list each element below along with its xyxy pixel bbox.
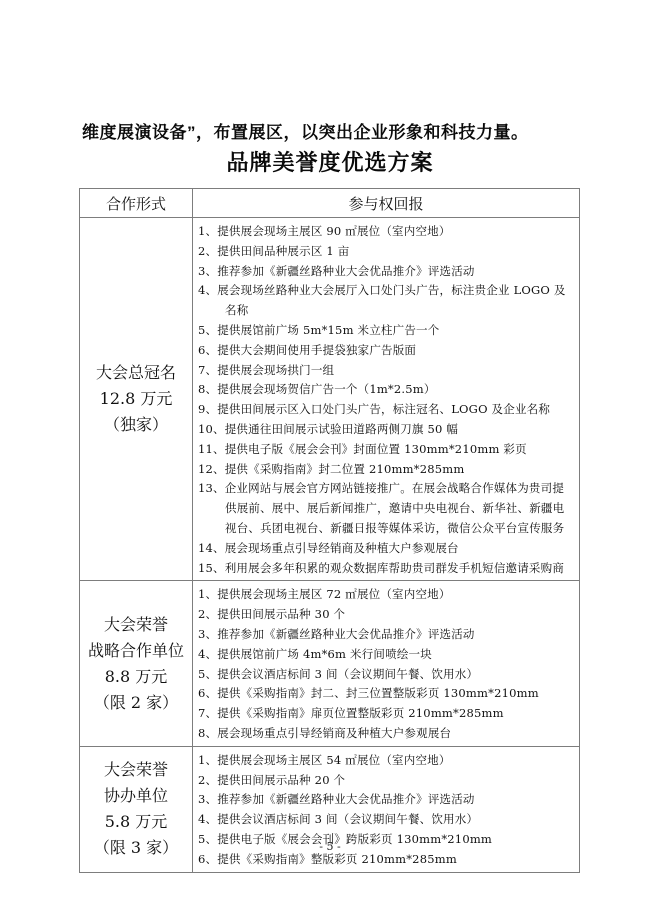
document-page: 维度展演设备”，布置展区，以突出企业形象和科技力量。 品牌美誉度优选方案 合作形… <box>0 0 650 919</box>
form-line: 5.8 万元 <box>82 809 190 835</box>
benefit-item: 1、提供展会现场主展区 90 ㎡展位（室内空地） <box>198 222 574 242</box>
benefit-item: 7、提供展会现场拱门一组 <box>198 361 574 381</box>
benefit-item: 1、提供展会现场主展区 72 ㎡展位（室内空地） <box>198 585 574 605</box>
sponsorship-plan-table: 合作形式 参与权回报 大会总冠名 12.8 万元 （独家） 1、提供展会现场主展… <box>79 188 580 873</box>
form-line: 8.8 万元 <box>82 664 190 690</box>
form-line: 大会总冠名 <box>82 360 190 386</box>
form-line: 大会荣誉 <box>82 612 190 638</box>
column-header-benefits: 参与权回报 <box>193 189 580 218</box>
form-line: 协办单位 <box>82 783 190 809</box>
benefit-item: 13、企业网站与展会官方网站链接推广。在展会战略合作媒体为贵司提供展前、展中、展… <box>198 479 574 538</box>
benefits-cell: 1、提供展会现场主展区 90 ㎡展位（室内空地） 2、提供田间品种展示区 1 亩… <box>193 218 580 581</box>
form-line: 12.8 万元 <box>82 386 190 412</box>
page-number: - 5 - <box>0 840 650 853</box>
benefit-item: 15、利用展会多年积累的观众数据库帮助贵司群发手机短信邀请采购商 <box>198 559 574 579</box>
benefit-item: 6、提供大会期间使用手提袋独家广告版面 <box>198 341 574 361</box>
cooperation-form-cell: 大会总冠名 12.8 万元 （独家） <box>80 218 193 581</box>
benefit-item: 9、提供田间展示区入口处门头广告，标注冠名、LOGO 及企业名称 <box>198 400 574 420</box>
benefit-item: 5、提供会议酒店标间 3 间（会议期间午餐、饮用水） <box>198 665 574 685</box>
benefit-item: 3、推荐参加《新疆丝路种业大会优品推介》评选活动 <box>198 790 574 810</box>
benefit-item: 7、提供《采购指南》扉页位置整版彩页 210mm*285mm <box>198 704 574 724</box>
benefit-item: 11、提供电子版《展会会刊》封面位置 130mm*210mm 彩页 <box>198 440 574 460</box>
benefit-item: 14、展会现场重点引导经销商及种植大户参观展台 <box>198 539 574 559</box>
cooperation-form-cell: 大会荣誉 战略合作单位 8.8 万元 （限 2 家） <box>80 581 193 746</box>
benefit-item: 4、提供展馆前广场 4m*6m 米行间喷绘一块 <box>198 645 574 665</box>
benefit-item: 2、提供田间品种展示区 1 亩 <box>198 242 574 262</box>
benefit-item: 2、提供田间展示品种 30 个 <box>198 605 574 625</box>
benefits-cell: 1、提供展会现场主展区 54 ㎡展位（室内空地） 2、提供田间展示品种 20 个… <box>193 746 580 872</box>
table-row-strategic-partner: 大会荣誉 战略合作单位 8.8 万元 （限 2 家） 1、提供展会现场主展区 7… <box>80 581 580 746</box>
benefit-item: 8、展会现场重点引导经销商及种植大户参观展台 <box>198 724 574 744</box>
benefit-item: 1、提供展会现场主展区 54 ㎡展位（室内空地） <box>198 751 574 771</box>
benefit-item: 3、推荐参加《新疆丝路种业大会优品推介》评选活动 <box>198 262 574 282</box>
form-line: （独家） <box>82 412 190 438</box>
table-row-co-organizer: 大会荣誉 协办单位 5.8 万元 （限 3 家） 1、提供展会现场主展区 54 … <box>80 746 580 872</box>
benefit-item: 4、提供会议酒店标间 3 间（会议期间午餐、饮用水） <box>198 810 574 830</box>
benefits-cell: 1、提供展会现场主展区 72 ㎡展位（室内空地） 2、提供田间展示品种 30 个… <box>193 581 580 746</box>
benefit-item: 3、推荐参加《新疆丝路种业大会优品推介》评选活动 <box>198 625 574 645</box>
form-line: （限 2 家） <box>82 690 190 716</box>
form-line: 大会荣誉 <box>82 757 190 783</box>
benefit-item: 8、提供展会现场贺信广告一个（1m*2.5m） <box>198 380 574 400</box>
benefit-item: 6、提供《采购指南》封二、封三位置整版彩页 130mm*210mm <box>198 684 574 704</box>
benefit-item: 10、提供通往田间展示试验田道路两侧刀旗 50 幅 <box>198 420 574 440</box>
table-row-title-sponsor: 大会总冠名 12.8 万元 （独家） 1、提供展会现场主展区 90 ㎡展位（室内… <box>80 218 580 581</box>
column-header-cooperation-form: 合作形式 <box>80 189 193 218</box>
benefit-item: 2、提供田间展示品种 20 个 <box>198 771 574 791</box>
table-header-row: 合作形式 参与权回报 <box>80 189 580 218</box>
page-title: 品牌美誉度优选方案 <box>0 149 650 177</box>
benefit-item: 12、提供《采购指南》封二位置 210mm*285mm <box>198 460 574 480</box>
benefit-item: 5、提供展馆前广场 5m*15m 米立柱广告一个 <box>198 321 574 341</box>
intro-paragraph: 维度展演设备”，布置展区，以突出企业形象和科技力量。 <box>82 122 582 144</box>
form-line: 战略合作单位 <box>82 638 190 664</box>
cooperation-form-cell: 大会荣誉 协办单位 5.8 万元 （限 3 家） <box>80 746 193 872</box>
benefit-item: 4、展会现场丝路种业大会展厅入口处门头广告，标注贵企业 LOGO 及名称 <box>198 281 574 321</box>
